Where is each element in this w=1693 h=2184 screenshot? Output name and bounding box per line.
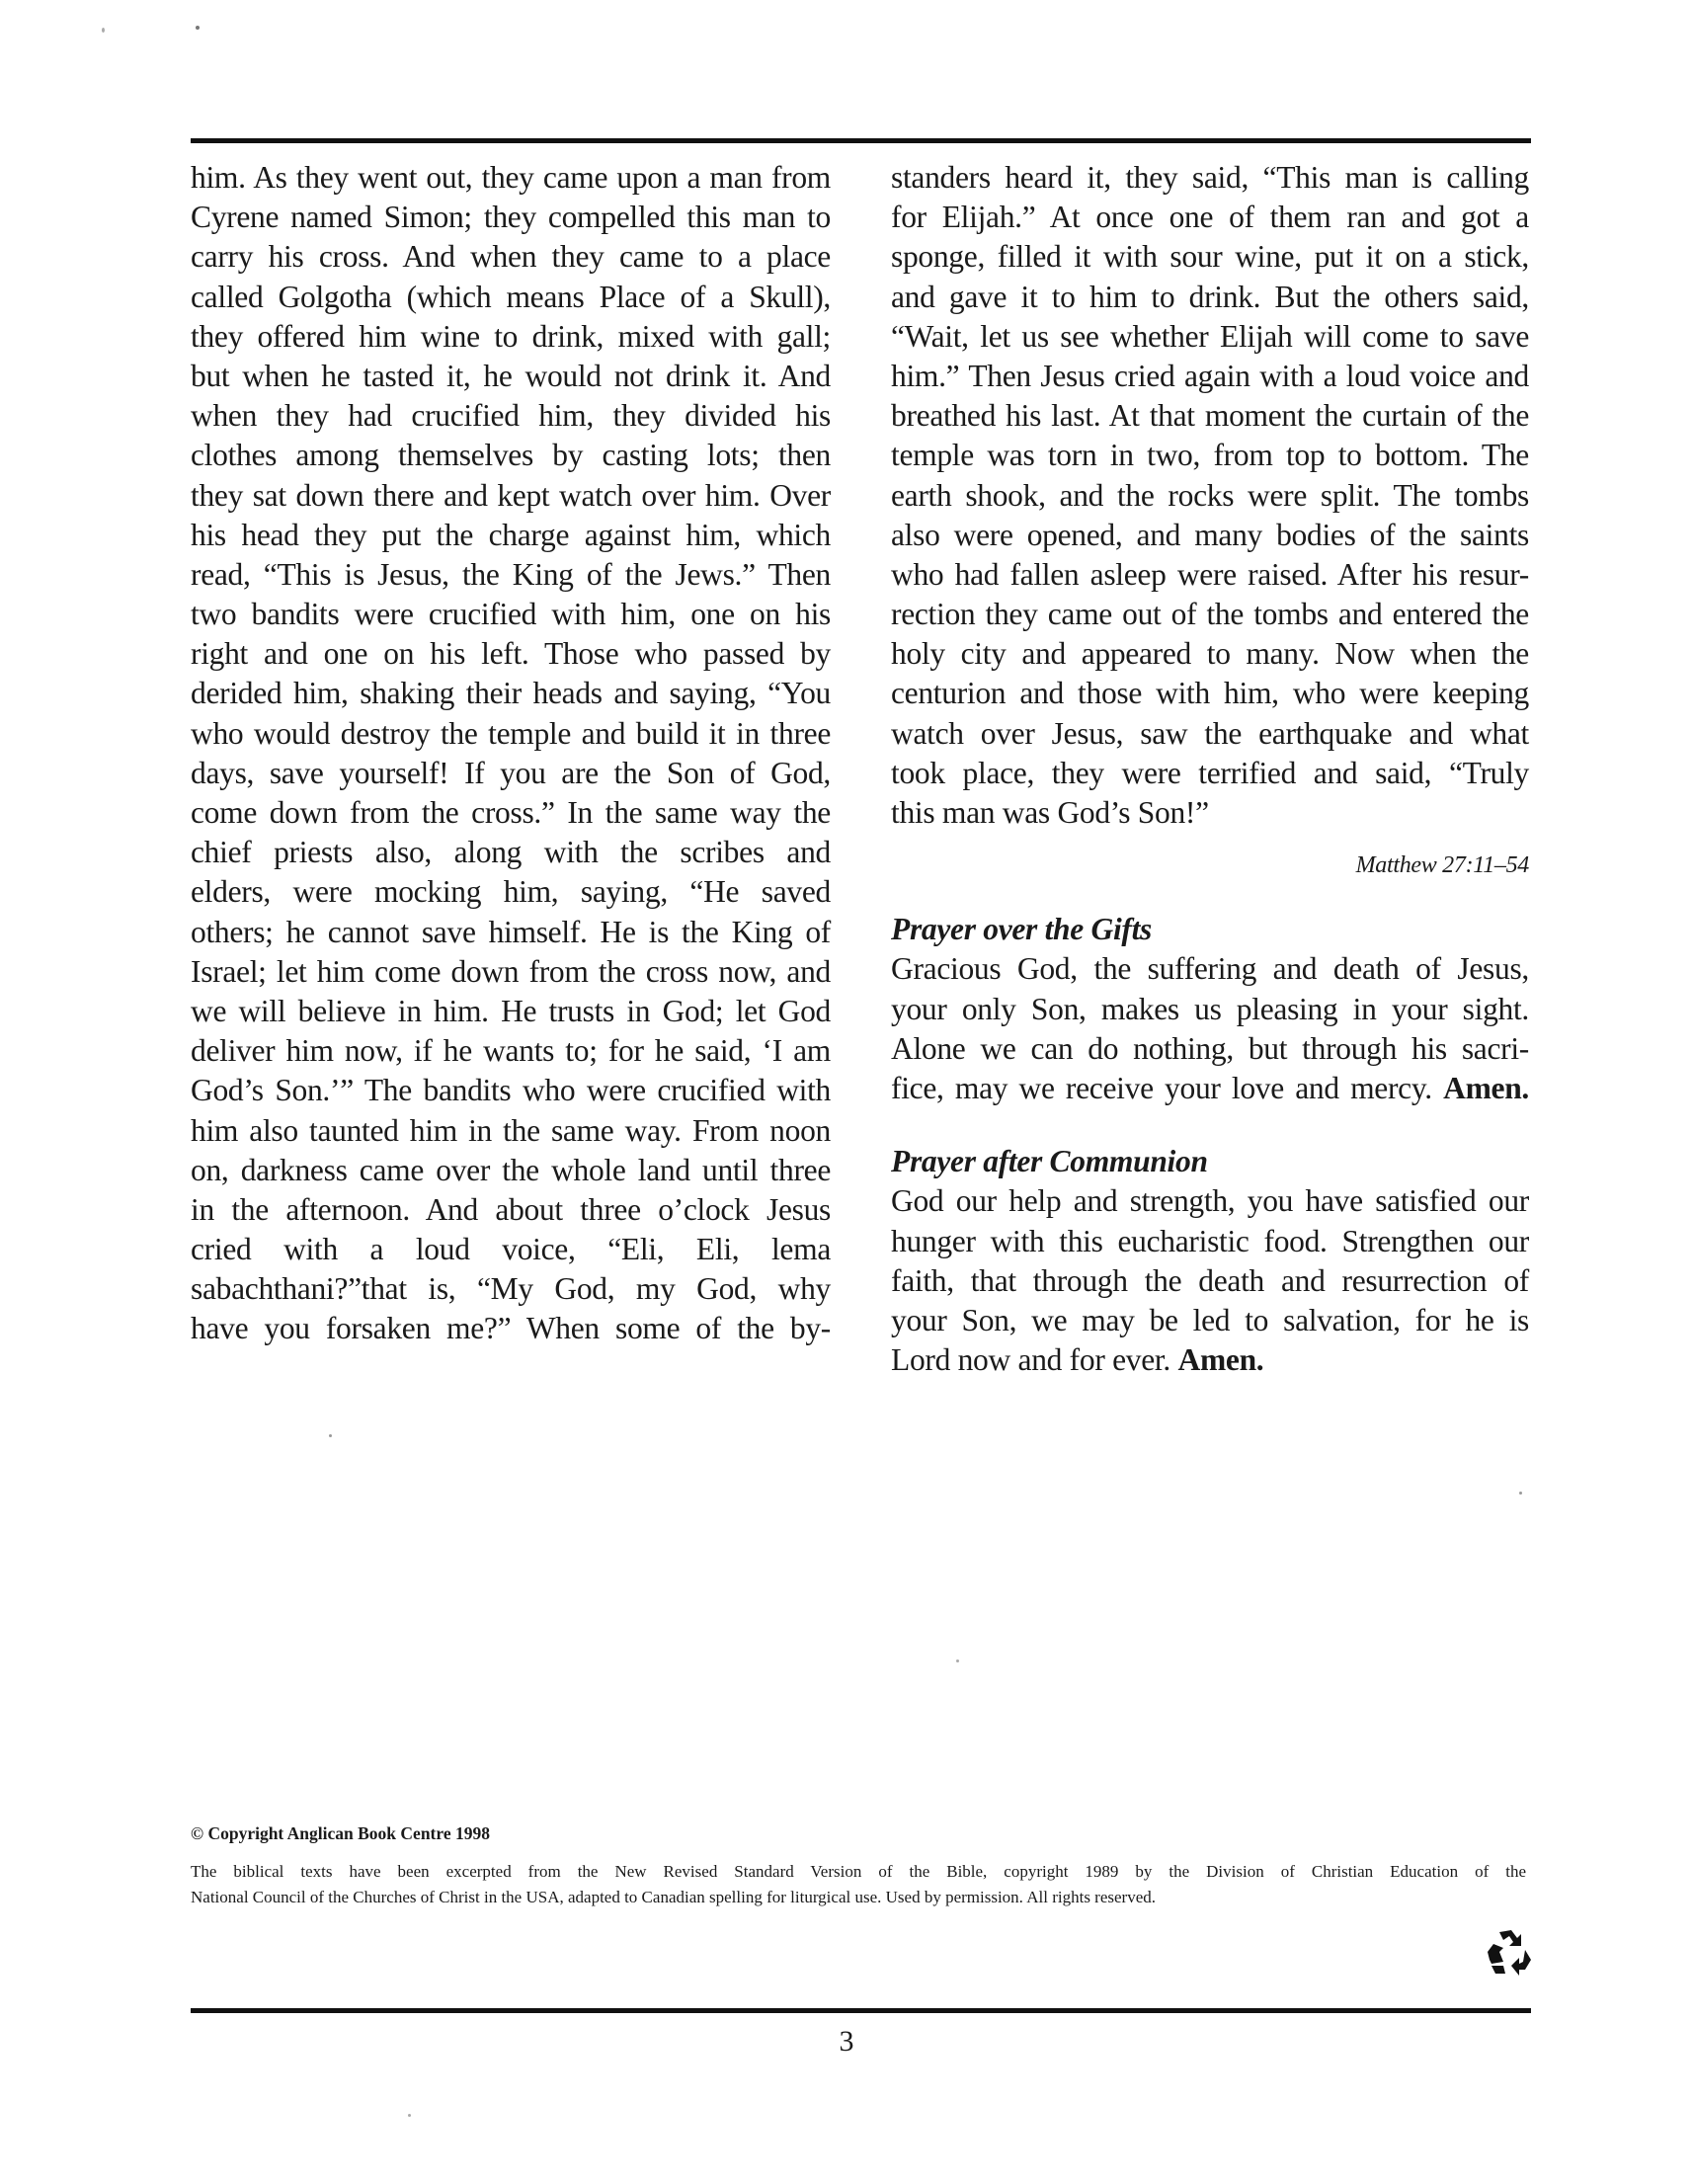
text-line: him also taunted him in the same way. Fr… <box>191 1111 831 1151</box>
text-line: they sat down there and kept watch over … <box>191 476 831 516</box>
text-line: in the afternoon. And about three o’cloc… <box>191 1190 831 1230</box>
text-line: Israel; let him come down from the cross… <box>191 952 831 992</box>
text-line: cried with a loud voice, “Eli, Eli, lema <box>191 1230 831 1269</box>
recycle-icon <box>1482 1926 1533 1978</box>
text-line: and gave it to him to drink. But the oth… <box>891 278 1529 317</box>
text-line: come down from the cross.” In the same w… <box>191 793 831 833</box>
text-line: Alone we can do nothing, but through his… <box>891 1029 1529 1069</box>
text-line: but when he tasted it, he would not drin… <box>191 357 831 396</box>
text-line: have you forsaken me?” When some of the … <box>191 1309 831 1348</box>
text-line: on, darkness came over the whole land un… <box>191 1151 831 1190</box>
notice-line: National Council of the Churches of Chri… <box>191 1885 1534 1910</box>
text-line: read, “This is Jesus, the King of the Je… <box>191 555 831 595</box>
text-line: this man was God’s Son!” <box>891 793 1529 833</box>
scripture-reference: Matthew 27:11–54 <box>891 850 1529 880</box>
text-line: clothes among themselves by casting lots… <box>191 436 831 475</box>
text-line: deliver him now, if he wants to; for he … <box>191 1031 831 1071</box>
text-line: we will believe in him. He trusts in God… <box>191 992 831 1031</box>
text-line: right and one on his left. Those who pas… <box>191 634 831 674</box>
text-line: for Elijah.” At once one of them ran and… <box>891 198 1529 237</box>
text-line: your Son, we may be led to salvation, fo… <box>891 1301 1529 1340</box>
text-line: they offered him wine to drink, mixed wi… <box>191 317 831 357</box>
amen: Amen. <box>1443 1071 1529 1105</box>
text-line-with-amen: fice, may we receive your love and mercy… <box>891 1069 1529 1108</box>
scan-speck <box>956 1659 959 1662</box>
permission-notice: The biblical texts have been excerpted f… <box>191 1859 1534 1910</box>
text-line: Gracious God, the suffering and death of… <box>891 949 1529 989</box>
scan-speck <box>102 28 105 33</box>
scan-speck <box>1519 1492 1522 1495</box>
text-line: carry his cross. And when they came to a… <box>191 237 831 277</box>
text-line-with-amen: Lord now and for ever. Amen. <box>891 1340 1529 1380</box>
text-line: Cyrene named Simon; they compelled this … <box>191 198 831 237</box>
text-line: holy city and appeared to many. Now when… <box>891 634 1529 674</box>
text-line: others; he cannot save himself. He is th… <box>191 913 831 952</box>
text-line: called Golgotha (which means Place of a … <box>191 278 831 317</box>
document-page: him. As they went out, they came upon a … <box>0 0 1693 2184</box>
text-line: standers heard it, they said, “This man … <box>891 158 1529 198</box>
left-column: him. As they went out, they came upon a … <box>191 158 831 1349</box>
text-line: two bandits were crucified with him, one… <box>191 595 831 634</box>
text-line: him.” Then Jesus cried again with a loud… <box>891 357 1529 396</box>
scan-speck <box>196 26 200 30</box>
text-line: rection they came out of the tombs and e… <box>891 595 1529 634</box>
text-line: derided him, shaking their heads and say… <box>191 674 831 713</box>
text-line: sabachthani?”that is, “My God, my God, w… <box>191 1269 831 1309</box>
text-line: days, save yourself! If you are the Son … <box>191 754 831 793</box>
prayer-over-gifts-heading: Prayer over the Gifts <box>891 910 1529 949</box>
text-line: sponge, filled it with sour wine, put it… <box>891 237 1529 277</box>
right-column: standers heard it, they said, “This man … <box>891 158 1529 1380</box>
text-line: breathed his last. At that moment the cu… <box>891 396 1529 436</box>
text-line: elders, were mocking him, saying, “He sa… <box>191 872 831 912</box>
top-rule <box>191 138 1531 143</box>
text-segment: Lord now and for ever. <box>891 1342 1178 1377</box>
text-line: him. As they went out, they came upon a … <box>191 158 831 198</box>
text-line: temple was torn in two, from top to bott… <box>891 436 1529 475</box>
scan-speck <box>408 2114 411 2117</box>
text-line: earth shook, and the rocks were split. T… <box>891 476 1529 516</box>
text-line: hunger with this eucharistic food. Stren… <box>891 1222 1529 1261</box>
text-line: centurion and those with him, who were k… <box>891 674 1529 713</box>
text-segment: fice, may we receive your love and mercy… <box>891 1071 1443 1105</box>
prayer-after-communion-heading: Prayer after Communion <box>891 1142 1529 1181</box>
text-line: God’s Son.’” The bandits who were crucif… <box>191 1071 831 1110</box>
text-line: who would destroy the temple and build i… <box>191 714 831 754</box>
text-line: took place, they were terrified and said… <box>891 754 1529 793</box>
text-line: faith, that through the death and resurr… <box>891 1261 1529 1301</box>
bottom-rule <box>191 2008 1531 2013</box>
text-line: also were opened, and many bodies of the… <box>891 516 1529 555</box>
notice-line: The biblical texts have been excerpted f… <box>191 1859 1526 1885</box>
text-line: your only Son, makes us pleasing in your… <box>891 990 1529 1029</box>
text-line: chief priests also, along with the scrib… <box>191 833 831 872</box>
text-line: watch over Jesus, saw the earthquake and… <box>891 714 1529 754</box>
page-number: 3 <box>0 2025 1693 2059</box>
text-line: who had fallen asleep were raised. After… <box>891 555 1529 595</box>
text-line: “Wait, let us see whether Elijah will co… <box>891 317 1529 357</box>
copyright-line: © Copyright Anglican Book Centre 1998 <box>191 1823 1534 1844</box>
text-line: his head they put the charge against him… <box>191 516 831 555</box>
amen: Amen. <box>1178 1342 1264 1377</box>
scan-speck <box>329 1434 332 1437</box>
text-line: God our help and strength, you have sati… <box>891 1181 1529 1221</box>
text-line: when they had crucified him, they divide… <box>191 396 831 436</box>
